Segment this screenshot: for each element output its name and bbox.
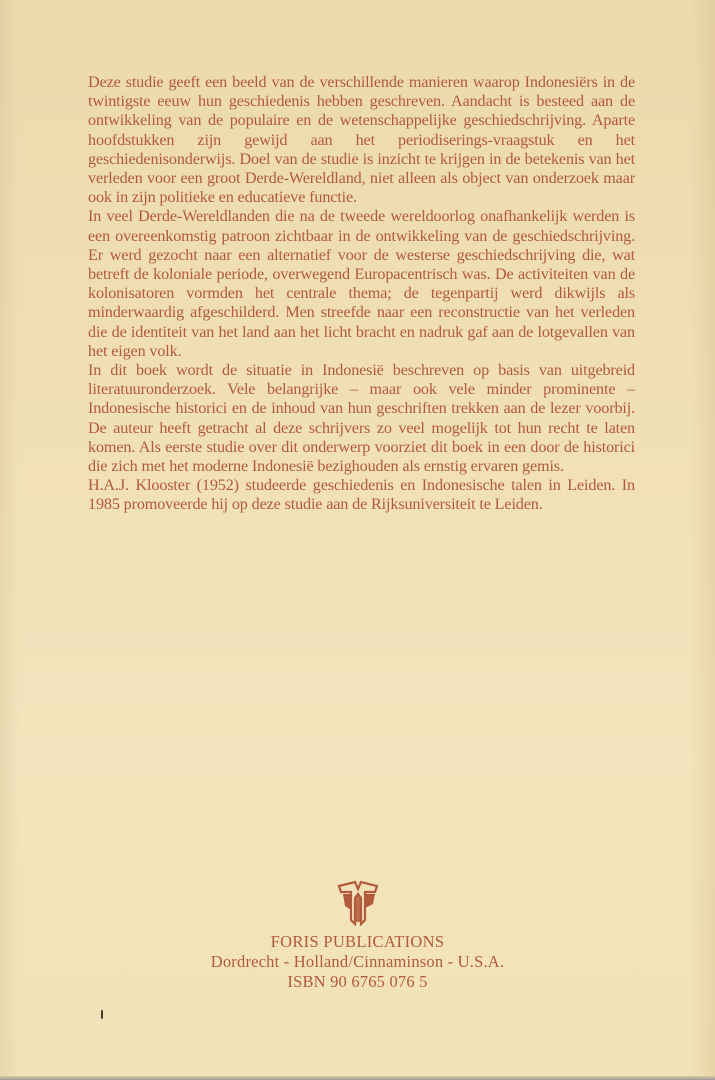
publisher-block: FORIS PUBLICATIONS Dordrecht - Holland/C…	[0, 880, 715, 992]
page-bottom-edge	[0, 1076, 715, 1080]
blurb-paragraph-2: In veel Derde-Wereldlanden die na de twe…	[88, 207, 635, 361]
blurb-paragraph-1: Deze studie geeft een beeld van de versc…	[88, 73, 635, 207]
foris-publications-logo-icon	[335, 880, 381, 926]
publisher-name: FORIS PUBLICATIONS	[0, 932, 715, 952]
ink-mark	[101, 1010, 103, 1019]
publisher-location: Dordrecht - Holland/Cinnaminson - U.S.A.	[0, 952, 715, 972]
isbn: ISBN 90 6765 076 5	[0, 972, 715, 992]
back-cover-blurb: Deze studie geeft een beeld van de versc…	[88, 73, 635, 515]
author-bio: H.A.J. Klooster (1952) studeerde geschie…	[88, 476, 635, 514]
blurb-paragraph-3: In dit boek wordt de situatie in Indones…	[88, 361, 635, 476]
